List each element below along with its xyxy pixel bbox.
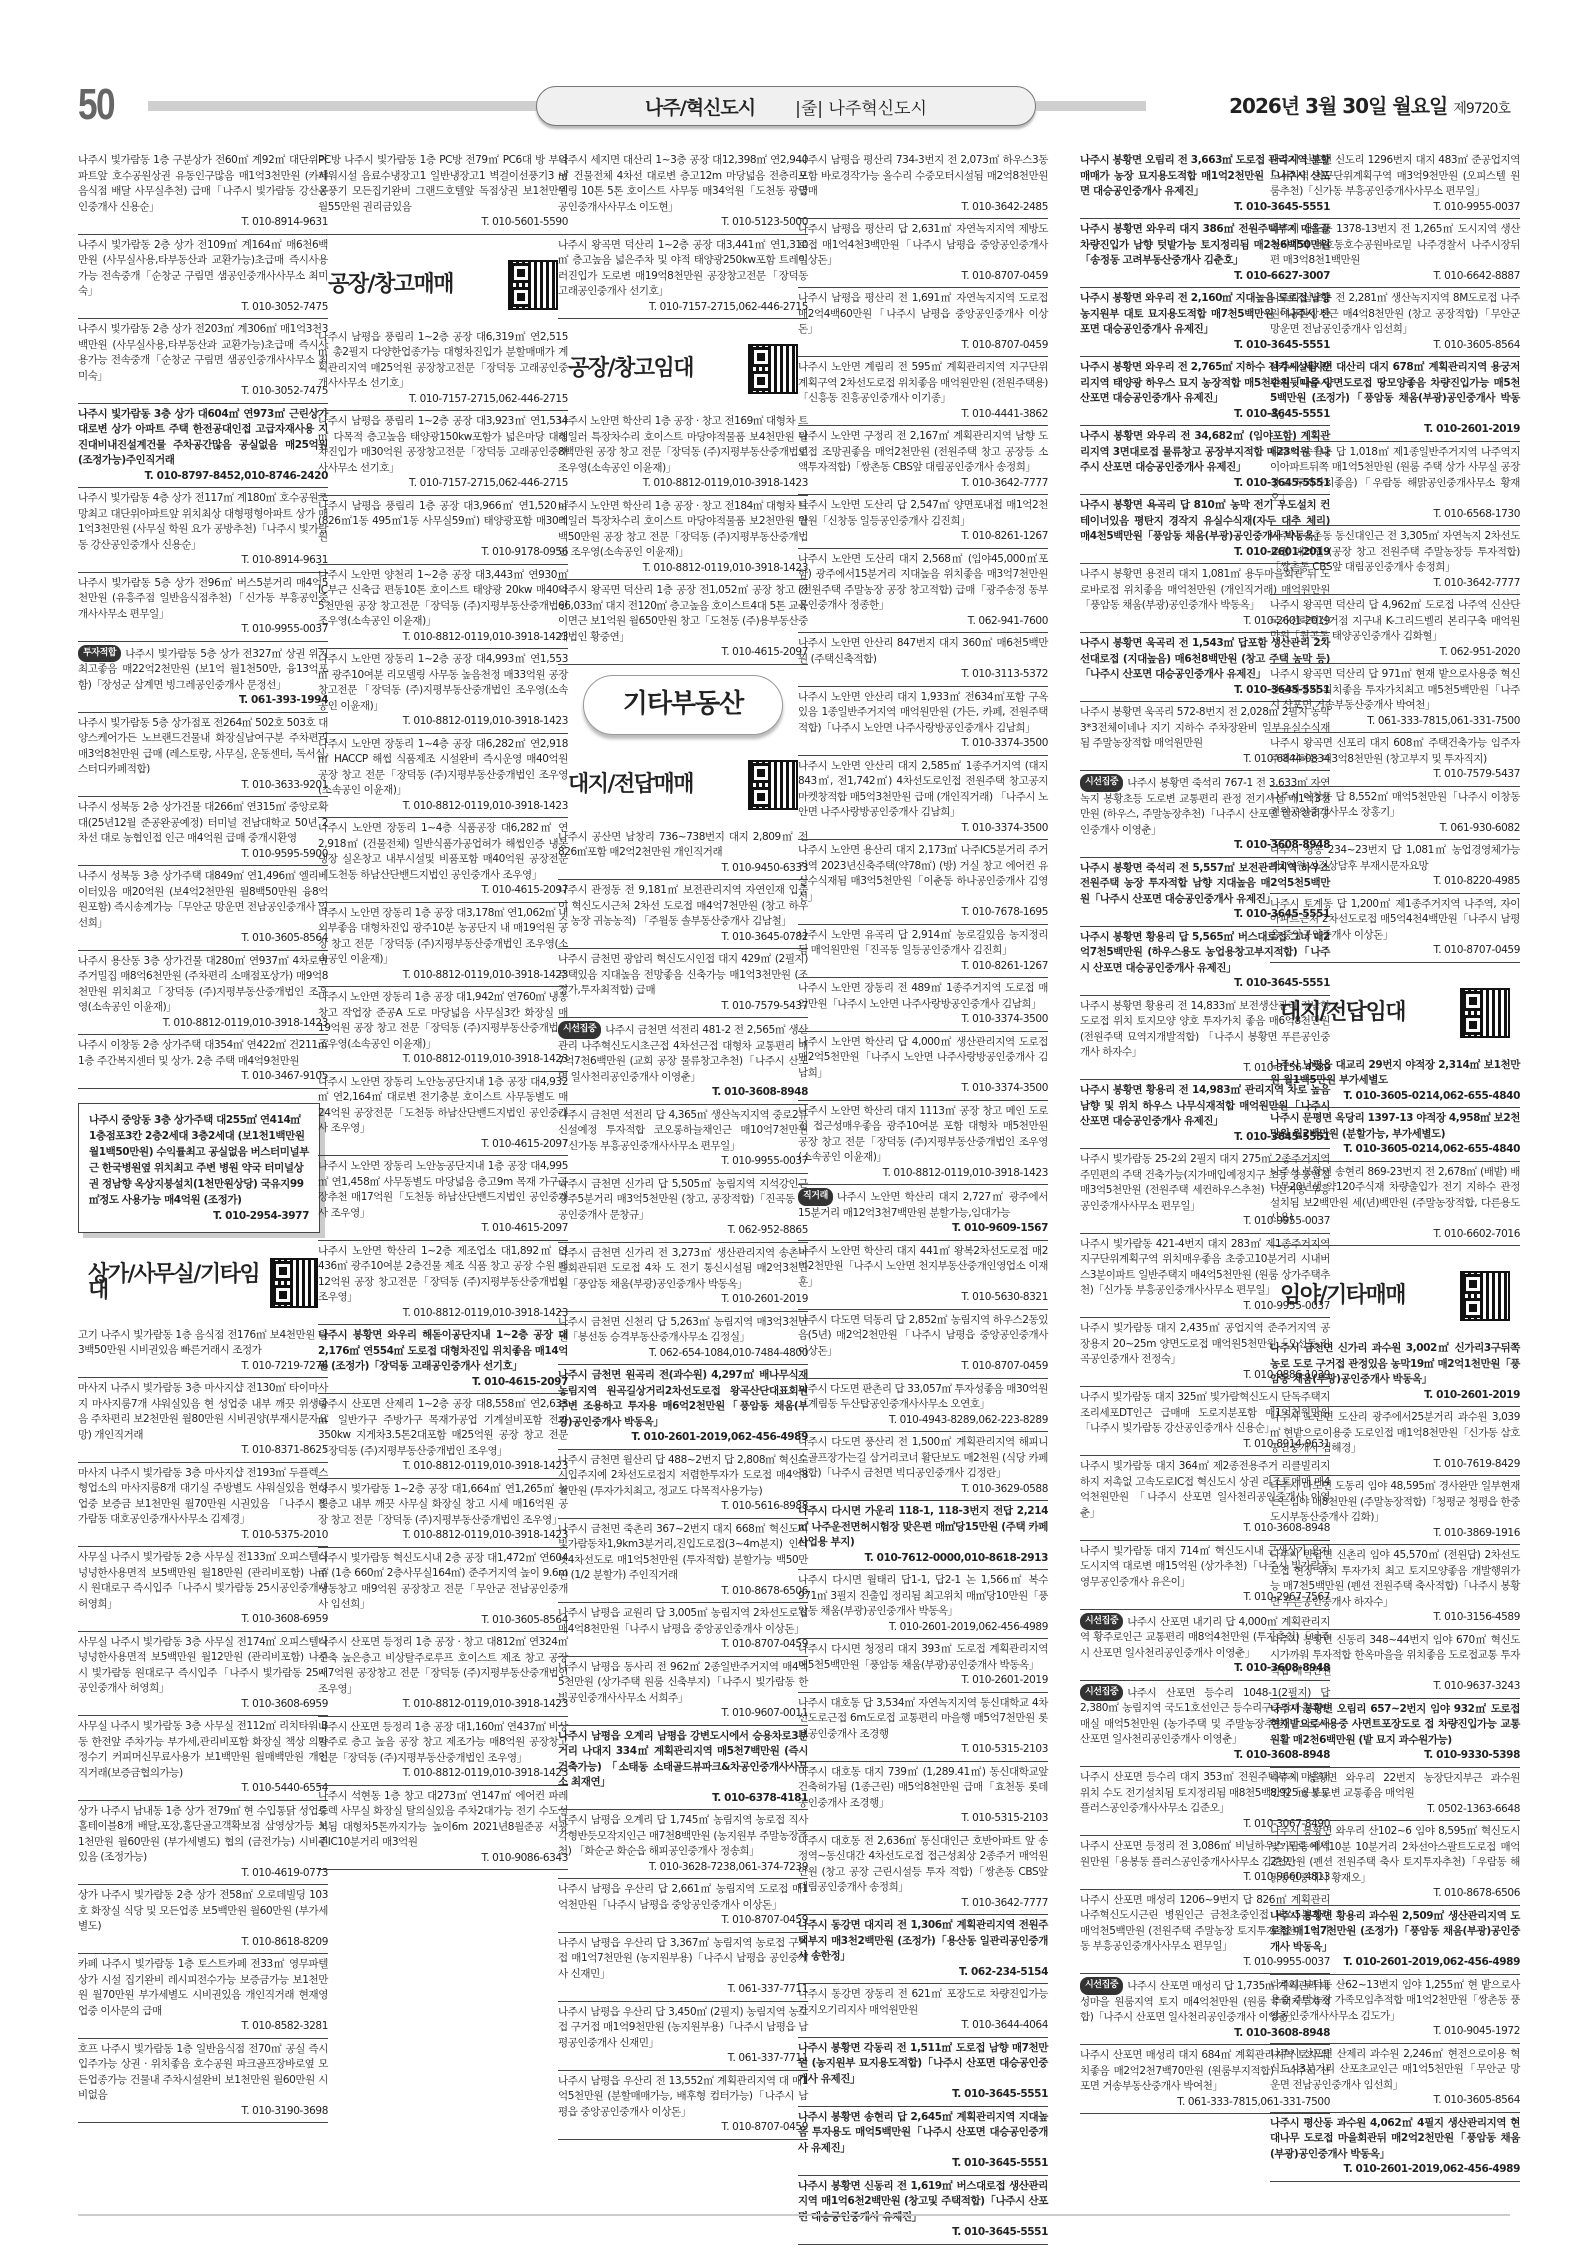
ad-text: 나주시 빛가람동 2층 상가 전203㎡ 계306㎡ 매1억3천3백만원 (사무… — [78, 323, 328, 382]
ad-text: 나주시 노안면 장동리 1~2층 공장 대4,993㎡ 연1,553㎡ 광주10… — [318, 653, 568, 712]
classified-ad: 사무실 나주시 빛가람동 3층 사무실 전174㎡ 오피스텔식 넝넝한사용면적 … — [78, 1632, 328, 1717]
classified-ad: 나주시 남평읍 평산리 답 2,631㎡ 자연녹지지역 제방도로접 매1억4천3… — [798, 219, 1048, 288]
ad-phone: T. 010-9607-0011 — [558, 1706, 808, 1722]
ad-text: 나주시 세지면 대산리 대지 678㎡ 계획관리지역 용궁저수지뒷마을 양면도로… — [1270, 361, 1520, 420]
ad-phone: T. 010-3645-5551 — [798, 2087, 1048, 2103]
qr-code-icon — [508, 260, 558, 310]
ad-phone: T. 010-5440-6554 — [78, 1781, 328, 1797]
ad-phone: T. 010-8797-8452,010-8746-2420 — [78, 469, 328, 485]
classified-ad: 나주시 이창동 2층 상가주택 대354㎡ 연422㎡ 건211㎡ 1층 주간복… — [78, 1035, 328, 1089]
classified-ad: 나주시 빛가람동 2층 상가 전109㎡ 계164㎡ 매6천6백만원 (사무실사… — [78, 235, 328, 320]
ad-text: 나주시 이창동 답 8,552㎡ 매억5천만원「나주시 이창동 전원공인중개사무… — [1270, 791, 1520, 819]
ad-text: 나주시 세지면 대산리 1~3층 공장 대12,398㎡ 연2,940㎡ 건물전… — [558, 154, 808, 213]
ad-phone: T. 010-4615-2097 — [558, 645, 808, 661]
ad-text: 나주시 봉황면 송현리 869-23번지 전 2,678㎡ (배밭) 배나무20… — [1270, 1166, 1520, 1225]
ad-badge: 시선집중 — [1080, 1613, 1123, 1631]
ad-phone: T. 010-8707-0459 — [1270, 943, 1520, 959]
classified-ad: 나주시 남평읍 평산리 734-3번지 전 2,073㎡ 하우스3동포함 바로경… — [798, 150, 1048, 219]
classified-ad: 나주시 남평읍 교원리 답 3,005㎡ 농림지역 2차선도로접 매4억8천만원… — [558, 1603, 808, 1657]
classified-ad: 나주시 봉황면 와우리 해돋이공단지내 1~2층 공장 대2,176㎡ 연554… — [318, 1325, 568, 1394]
ad-phone: T. 010-3113-5372 — [798, 667, 1048, 683]
ad-text: 나주시 남평읍 풍림리 1~2층 공장 대3,923㎡ 연1,534㎡ 다목적 … — [318, 415, 568, 474]
column-3: 나주시 세지면 대산리 1~3층 공장 대12,398㎡ 연2,940㎡ 건물전… — [558, 150, 808, 2140]
page-header: 50 나주/혁신도시 |줄| 나주혁신도시 2026년 3월 30일 월요일 제… — [78, 80, 1510, 130]
ad-text: 나주시 봉황면 황용리 과수원 2,509㎡ 생산관리지역 도로접 매1억7천만… — [1270, 1910, 1520, 1953]
classified-ad: 나주시 동강면 대지리 전 1,306㎡ 계획관리지역 전원주택부지 매3천2백… — [798, 1915, 1048, 1984]
ad-phone: T. 010-3642-7777 — [798, 476, 1048, 492]
ad-text: 나주시 빛가람동 4층 상가 전117㎡ 계180㎡ 호수공원조망최고 대단위아… — [78, 492, 328, 551]
classified-ad: 투자적합나주시 빛가람동 5층 상가 전327㎡ 상권 위치최고좋음 매22억2… — [78, 642, 328, 713]
ad-text: 나주시 남평읍 우산리 답 3,450㎡ (2필지) 농림지역 농로접 구거접 … — [558, 2006, 808, 2049]
ad-phone: T. 010-3645-0782 — [558, 930, 808, 946]
ad-phone: T. 010-3629-0588 — [798, 1482, 1048, 1498]
classified-ad: 나주시 노안면 도산리 광주에서25분거리 과수원 3,039㎡ 현밭으로이용중… — [1270, 1407, 1520, 1476]
classified-ad: 나주시 남평읍 대교리 29번지 야적장 2,314㎡ 보1천만원 월1백5만원… — [1270, 1055, 1520, 1109]
classified-ad: 나주시 문평면 옥당리 1397-13 야적장 4,958㎡ 보2천만원 월2백… — [1270, 1108, 1520, 1162]
ad-phone: T. 010-8371-8625 — [78, 1443, 328, 1459]
ad-phone: T. 010-9330-5398 — [1270, 1748, 1520, 1764]
ad-phone: T. 010-8812-0119,010-3918-1423 — [318, 1306, 568, 1322]
classified-ad: 나주시 남평읍 오계리 답 1,745㎡ 농림지역 농로접 직사각형반듯모작지인… — [558, 1810, 808, 1879]
section-header: 상가/사무실/기타임대 — [78, 1251, 328, 1315]
classified-ad: 나주시 노안면 장동리 1~4층 식품공장 대6,282㎡ 연2,918㎡ (건… — [318, 818, 568, 903]
ad-phone: T. 010-3156-4589 — [1270, 1610, 1520, 1626]
classified-ad: 나주시 산포면 신도리 1296번지 대지 483㎡ 준공업지역 도시지역 지구… — [1270, 150, 1520, 219]
classified-ad: 나주시 다도면 덕동리 답 2,852㎡ 농림지역 하우스2동있음(5년) 매2… — [798, 1310, 1048, 1379]
ad-text: 나주시 왕곡면 덕산리 답 971㎡ 현재 밭으로사용중 혁신산단예정지 위치좋… — [1270, 668, 1520, 711]
ad-text: 나주시 산포면 산제리 과수원 2,246㎡ 현전으로이용 혁식도시3분거리 산… — [1270, 2048, 1520, 2091]
ad-text: 나주시 산포면 산제리 1~2층 공장 대8,558㎡ 연2,633㎡ 일반가구… — [318, 1398, 568, 1457]
ad-text: 나주시 노안면 학산리 대지 1113㎡ 공장 창고 메인 도로접 접근성매우좋… — [798, 1105, 1048, 1164]
ad-text: 나주시 빛가람동 5층 상가 전96㎡ 버스5분거리 매4억5천만원 (유흥주점… — [78, 577, 328, 620]
classified-ad: 나주시 노안면 장동리 1~2층 공장 대4,993㎡ 연1,553㎡ 광주10… — [318, 649, 568, 734]
classified-ad: 나주시 노안면 안산리 대지 1,933㎡ 전634㎡포함 구옥있음 1종일반주… — [798, 687, 1048, 756]
classified-ad: 나주시 다도면 도동리 임야 48,595㎡ 경사완만 일부현재는는임야 매8천… — [1270, 1476, 1520, 1545]
ad-phone: T. 010-8707-0459 — [558, 2120, 808, 2136]
ad-text: 나주시 봉황면 와우리 22번지 농장단지부근 과수원 8,925㎡ 토로변 교… — [1270, 1772, 1520, 1800]
classified-ad: 나주시 금천면 신가리 전 3,273㎡ 생산관리지역 송촌마을회관뒤편 도로접… — [558, 1243, 808, 1312]
classified-ad: 나주시 반남면 신촌리 임야 45,570㎡ (전원답) 2차선도로접 현장 위… — [1270, 1545, 1520, 1630]
ad-phone: T. 010-8707-0459 — [558, 1637, 808, 1653]
classified-ad: 나주시 봉황면 오림리 657~2번지 임야 932㎡ 도로접 현재밭으로사용중… — [1270, 1699, 1520, 1768]
classified-ad: 나주시 남평읍 평산리 전 1,691㎡ 자연녹지지역 도로접 매2억4백60만… — [798, 288, 1048, 357]
classified-ad: 나주시 노안면 장동리 노안농공단지내 1층 공장 대4,932㎡ 연2,164… — [318, 1072, 568, 1157]
classified-ad: 나주시 남평읍 오계리 남평읍 강변도시에서 승용차로3분거리 나대지 334㎡… — [558, 1726, 808, 1811]
ad-phone: T. 010-8812-0119,010-3918-1423 — [318, 1766, 568, 1782]
classified-ad: 상가 나주시 빛가람동 2층 상가 전58㎡ 오로데빌딩 103호 화장실 식당… — [78, 1885, 328, 1954]
section-header-title: 대지/전답임대 — [1280, 1005, 1405, 1021]
ad-text: 나주시 노안면 장동리 노안농공단지내 1층 공장 대4,995㎡ 연1,458… — [318, 1160, 568, 1219]
classified-ad: 나주시 봉황면 와우리 산102~6 임야 8,595㎡ 혁신도시 빛가람동에서… — [1270, 1821, 1520, 1906]
ad-text: 나주시 남평읍 평산리 전 1,691㎡ 자연녹지지역 도로접 매2억4백60만… — [798, 292, 1048, 335]
ad-phone: T. 010-3628-7238,061-374-7239 — [558, 1860, 808, 1876]
ad-phone: T. 010-6602-7016 — [1270, 1227, 1520, 1243]
ad-text: 나주시 빛가람동 3층 상가 대604㎡ 연973㎡ 근린상가 대로변 상가 아… — [78, 408, 328, 467]
ad-text: 호프 나주시 빛가람동 1층 일반음식점 전70㎡ 공실 즉시입주가능 상권 ·… — [78, 2043, 328, 2102]
ad-text: 나주시 대호동 대지 739㎡ (1,289.41㎡) 동신대학교앞 건축허가됨… — [798, 1766, 1048, 1809]
ad-text: 나주시 빛가람동 2층 상가 전109㎡ 계164㎡ 매6천6백만원 (사무실사… — [78, 239, 328, 298]
ad-phone: T. 010-8582-3281 — [78, 2019, 328, 2035]
ad-text: 나주시 봉황면 신동리 348~44번지 임야 670㎡ 혁신도시가까워 투자적… — [1270, 1634, 1520, 1677]
classified-ad: 나주시 노안면 학산리 1~2층 제조업소 대1,892㎡ 연436㎡ 광주10… — [318, 1241, 568, 1326]
classified-ad: 나주시 다시면 청정리 대지 393㎡ 도로접 계획관리지역 매5천5백만원「풍… — [798, 1639, 1048, 1693]
classified-ad: 마사지 나주시 빛가람동 3층 마사지샵 전193㎡ 두플렉스형업소의 마사지룸… — [78, 1463, 328, 1548]
ad-phone: T. 010-4615-2097 — [318, 1221, 568, 1237]
classified-ad: 나주시 삼도동 전 2,281㎡ 생산녹지지역 8M도로접 나주원예공판장부근 … — [1270, 288, 1520, 357]
ad-badge: 시선집중 — [1080, 774, 1123, 792]
classified-ad: 나주시 노안면 용산리 대지 2,173㎡ 나주IC5분거리 주거지역 2023… — [798, 840, 1048, 925]
ad-text: 나주시 노안면 학산리 1~2층 제조업소 대1,892㎡ 연436㎡ 광주10… — [318, 1245, 568, 1304]
ad-phone: T. 010-8812-0119,010-3918-1423 — [318, 968, 568, 984]
ad-text: 나주시 남평읍 교원리 답 3,005㎡ 농림지역 2차선도로접 매4억8천만원… — [558, 1607, 808, 1635]
ad-text: PC방 나주시 빛가람동 1층 PC방 전79㎡ PC6대 방 부엌 샤워시설 … — [318, 154, 568, 213]
ad-phone: T. 010-8812-0119,010-3918-1423 — [318, 799, 568, 815]
ad-phone: T. 062-654-1084,010-7484-4800 — [558, 1346, 808, 1362]
ad-text: 나주시 노안면 학산리 대지 441㎡ 왕복2차선도로접 매2억2천만원「나주시… — [798, 1245, 1048, 1288]
ad-phone: T. 010-9955-0037 — [558, 1154, 808, 1170]
ad-text: 나주시 노안면 도산리 광주에서25분거리 과수원 3,039㎡ 현밭으로이용중… — [1270, 1411, 1520, 1454]
ad-phone: T. 010-3605-0214,062-655-4840 — [1270, 1142, 1520, 1158]
classified-ad: 나주시 부덕동 산62~13번지 임야 1,255㎡ 현 밭으로사용중 주말농장… — [1270, 1975, 1520, 2044]
classified-ad: 나주시 대호동 전 2,636㎡ 동신대인근 호반아파트 앞 송정역~동신대간 … — [798, 1831, 1048, 1916]
ad-text: 나주시 노안면 장동리 1~4층 공장 대6,282㎡ 연2,918㎡ HACC… — [318, 738, 568, 797]
ad-text: 마사지 나주시 빛가람동 3층 마사지샵 전193㎡ 두플렉스형업소의 마사지룸… — [78, 1467, 328, 1526]
section-header: 대지/전답임대 — [1270, 981, 1520, 1045]
ad-phone: T. 010-3190-3698 — [78, 2104, 328, 2120]
classified-ad: 나주시 노안면 장동리 1층 공장 대1,942㎡ 연760㎡ 냉동창고 작업장… — [318, 987, 568, 1072]
classified-ad: 나주시 산포면 산제리 1~2층 공장 대8,558㎡ 연2,633㎡ 일반가구… — [318, 1394, 568, 1479]
qr-code-icon — [1460, 988, 1510, 1038]
page-number: 50 — [78, 80, 114, 130]
section-header-title: 공장/창고임대 — [568, 361, 693, 377]
classified-ad: 나주시 빛가람동 1~2층 공장 대1,664㎡ 연1,265㎡ 높은층고 내부… — [318, 1479, 568, 1548]
ad-phone: T. 010-8812-0119,010-3918-1423 — [318, 1052, 568, 1068]
ad-text: 나주시 노안면 장동리 전 489㎡ 1종주거지역 도로접 매억만원「나주시 노… — [798, 982, 1048, 1010]
section-subtitle: |줄| 나주혁신도시 — [795, 94, 927, 119]
classified-ad: 나주시 노안면 도산리 답 2,547㎡ 양면포내접 매1억2천만원「신창동 일… — [798, 495, 1048, 549]
ad-text: 나주시 금천면 신가리 답 5,505㎡ 농림지역 지석강인근 광주5분거리 매… — [558, 1178, 808, 1221]
column-1: 나주시 빛가람동 1층 구분상가 전60㎡ 계92㎡ 대단위아파트앞 호수공원상… — [78, 150, 328, 2123]
classified-ad: 나주시 빛가람동 3층 상가 대604㎡ 연973㎡ 근린상가 대로변 상가 아… — [78, 404, 328, 489]
ad-text: 나주시 금천면 신천리 답 5,263㎡ 농림지역 매3억3천만원「봉선동 승격… — [558, 1316, 808, 1344]
classified-ad: 나주시 토계동 답 1,200㎡ 제1종주거지역 나주역, 자이아파트근처 2차… — [1270, 894, 1520, 963]
qr-code-icon — [748, 344, 798, 394]
ad-text: 나주시 노안면 구정리 전 2,167㎡ 계획관리지역 남향 도로접 조망권좋음… — [798, 430, 1048, 473]
ad-phone: T. 010-9450-6333 — [558, 861, 808, 877]
ad-phone: T. 010-7219-7276 — [78, 1359, 328, 1375]
ad-text: 나주시 빛가람동 혁신도시내 2층 공장 대1,472㎡ 연604㎡ (1층 6… — [318, 1552, 568, 1611]
section-header-title: 상가/사무실/기타임대 — [88, 1267, 270, 1298]
ad-phone: T. 010-8812-0119,010-3918-1423 — [318, 1697, 568, 1713]
ad-phone: T. 010-3642-7777 — [1270, 576, 1520, 592]
ad-text: 나주시 금천면 죽촌리 367~2번지 대지 668㎡ 혁신도시빛가람동차1,9… — [558, 1523, 808, 1582]
section-header-title: 임야/기타매매 — [1280, 1288, 1405, 1304]
classified-ad: 나주시 산포면 산제리 과수원 2,246㎡ 현전으로이용 혁식도시3분거리 산… — [1270, 2044, 1520, 2113]
ad-phone: T. 010-7678-1695 — [798, 905, 1048, 921]
header-rule-left — [148, 101, 538, 111]
classified-ad: 나주시 삼도동 1378-13번지 전 1,265㎡ 도시지역 생산녹지지역 대… — [1270, 219, 1520, 288]
ad-phone: T. 010-2601-2019,062-456-4989 — [1270, 2162, 1520, 2178]
ad-phone: T. 010-4615-2097 — [318, 883, 568, 899]
ad-text: 고기 나주시 빛가람동 1층 음식점 전176㎡ 보4천만원 월3백50만원 시… — [78, 1329, 328, 1357]
ad-phone: T. 010-8812-0119,010-3918-1423 — [318, 714, 568, 730]
classified-ad: 나주시 봉황면 신동리 전 1,619㎡ 버스대로접 생산관리지역 매1억6천2… — [798, 2176, 1048, 2245]
ad-phone: T. 010-3374-3500 — [798, 1081, 1048, 1097]
ad-phone: T. 010-3052-7475 — [78, 300, 328, 316]
ad-text: 나주시 다도면 덕동리 답 2,852㎡ 농림지역 하우스2동있음(5년) 매2… — [798, 1314, 1048, 1357]
classified-ad: 나주시 남평읍 동사리 전 962㎡ 2종일반주거지역 매4억5천만원 (상가주… — [558, 1657, 808, 1726]
ad-text: 나주시 남평읍 우산리 답 3,367㎡ 농림지역 농로접 구거접 매1억7천만… — [558, 1937, 808, 1980]
ad-text: 나주시 남평읍 풍림리 1층 공장 대3,966㎡ 연1,520㎡ (826㎡1… — [318, 500, 568, 543]
ad-phone: T. 010-7157-2715,062-446-2715 — [318, 392, 568, 408]
footer-rule — [78, 2214, 1510, 2216]
section-header-title: 대지/전답매매 — [568, 777, 693, 793]
ad-phone: T. 010-2601-2019 — [558, 1292, 808, 1308]
ad-text: 나주시 봉황면 신동리 전 1,619㎡ 버스대로접 생산관리지역 매1억6천2… — [798, 2180, 1048, 2223]
classified-ad: 호프 나주시 빛가람동 1층 일반음식점 전70㎡ 공실 즉시입주가능 상권 ·… — [78, 2039, 328, 2124]
ad-text: 나주시 금천면 광암리 혁신도시인접 대지 429㎡ (2필지) 주택있음 지대… — [558, 953, 808, 996]
ad-phone: T. 010-8261-1267 — [798, 529, 1048, 545]
ad-phone: T. 010-8707-0459 — [798, 1359, 1048, 1375]
ad-text: 나주시 빛가람동 1~2층 공장 대1,664㎡ 연1,265㎡ 높은층고 내부… — [318, 1483, 568, 1526]
ad-phone: T. 010-8707-0459 — [558, 1913, 808, 1929]
classified-ad: 나주시 왕곡면 덕산리 답 971㎡ 현재 밭으로사용중 혁신산단예정지 위치좋… — [1270, 664, 1520, 733]
classified-ad: 나주시 다도면 판촌리 답 33,057㎡ 투자성좋음 매30억원「계림동 두산… — [798, 1379, 1048, 1433]
ad-text: 나주시 동강면 장동리 전 621㎡ 포장도로 차량진입가능 가지오기리지사 매… — [798, 1988, 1048, 2016]
ad-text: 나주시 노안면 학산리 답 4,000㎡ 생산관리지역 도로접 매2억5천만원「… — [798, 1036, 1048, 1079]
ad-text: 나주시 금천면 석전리 답 4,365㎡ 생산녹지지역 중로2류신설예정 투자적… — [558, 1109, 808, 1152]
classified-ad: 나주시 노안면 안산리 847번지 대지 360㎡ 매6천5백만원 (주택신축적… — [798, 633, 1048, 687]
ad-phone: T. 010-8220-4985 — [1270, 874, 1520, 890]
classified-ad: 나주시 남평읍 풍림리 1층 공장 대3,966㎡ 연1,520㎡ (826㎡1… — [318, 496, 568, 565]
issue-number: 제9720호 — [1453, 101, 1510, 117]
ad-text: 나주시 성북동 2층 상가건물 대266㎡ 연315㎡ 중앙로확대(25년12월… — [78, 801, 328, 844]
ad-phone: T. 010-3467-9105 — [78, 1069, 328, 1085]
classified-ad: 나주시 노안면 안산리 대지 2,585㎡ 1종주거지역 (대지843㎡, 전1… — [798, 756, 1048, 841]
classified-ad: 나주시 용산동 3층 상가건물 대280㎡ 연937㎡ 4차로변 주거밀집 매8… — [78, 951, 328, 1036]
ad-badge: 투자적합 — [78, 645, 121, 663]
ad-text: 사무실 나주시 빛가람동 3층 사무실 전112㎡ 리치타워 B동 한전앞 주차… — [78, 1720, 328, 1779]
ad-text: 나주시 노안면 장동리 1~4층 식품공장 대6,282㎡ 연2,918㎡ (건… — [318, 822, 568, 881]
ad-phone: T. 010-8707-0459 — [798, 338, 1048, 354]
ad-text: 나주시 반남면 신촌리 임야 45,570㎡ (전원답) 2차선도로접 현장 위… — [1270, 1549, 1520, 1608]
ad-text: 나주시 산포면 신도리 1296번지 대지 483㎡ 준공업지역 도시지역 지구… — [1270, 154, 1520, 197]
classified-ad: 나주시 왕곡면 신포리 대지 608㎡ 주택건축가능 임주자주택지하는 매3억8… — [1270, 733, 1520, 787]
ad-phone: T. 010-8707-0459 — [798, 269, 1048, 285]
classified-ad: 나주시 빛가람동 2층 상가 전203㎡ 계306㎡ 매1억3천3백만원 (사무… — [78, 319, 328, 404]
ad-text: 나주시 다도면 풍산리 전 1,500㎡ 계획관리지역 해피니스골프장가는길 삼… — [798, 1436, 1048, 1479]
ad-phone: T. 010-7612-0000,010-8618-2913 — [798, 1551, 1048, 1567]
ad-text: 나주시 중앙동 3층 상가주택 대255㎡ 연414㎡ 1층점포3칸 2층2세대… — [89, 1114, 309, 1206]
ad-phone: T. 010-3605-0214,062-655-4840 — [1270, 1089, 1520, 1105]
ad-phone: T. 010-8812-0119,010-3918-1423 — [318, 1459, 568, 1475]
ad-phone: T. 010-4615-2097 — [318, 1137, 568, 1153]
classified-ad: 나주시 빛가람동 5층 상가점포 전264㎡ 502호 503호 대양스케어가든… — [78, 713, 328, 798]
classified-ad: 시선집중나주시 금천면 석전리 481-2 전 2,565㎡ 생산관리 나주혁신… — [558, 1018, 808, 1105]
ad-phone: T. 010-8618-8209 — [78, 1935, 328, 1951]
ad-text: 나주시 다시면 청정리 대지 393㎡ 도로접 계획관리지역 매5천5백만원「풍… — [798, 1643, 1048, 1671]
ad-text: 나주시 남평읍 평산리 734-3번지 전 2,073㎡ 하우스3동포함 바로경… — [798, 154, 1048, 197]
ad-phone: T. 010-8812-0119,010-3918-1423 — [318, 630, 568, 646]
ad-text: 나주시 다도면 판촌리 답 33,057㎡ 투자성좋음 매30억원「계림동 두산… — [798, 1383, 1048, 1411]
ad-text: 나주시 동강면 대지리 전 1,306㎡ 계획관리지역 전원주택부지 매3천2백… — [798, 1919, 1048, 1962]
classified-ad: 나주시 송월동 답 1,018㎡ 제1종일반주거지역 나주역지이아파트뒤쪽 매1… — [1270, 442, 1520, 527]
ad-phone: T. 061-337-7711 — [558, 1982, 808, 1998]
ad-text: 나주시 왕곡면 덕산리 1층 공장 전1,052㎡ 공장 창고 전66,033㎡… — [558, 584, 808, 643]
ad-phone: T. 010-3605-8564 — [78, 931, 328, 947]
section-title: 나주/혁신도시 — [645, 93, 755, 120]
ad-phone: T. 062-952-8865 — [558, 1223, 808, 1239]
ad-phone: T. 010-5601-5590 — [318, 215, 568, 231]
classified-ad: 나주시 봉황면 신동리 348~44번지 임야 670㎡ 혁신도시가까워 투자적… — [1270, 1630, 1520, 1699]
classified-ad: 나주시 왕곡면 덕산리 답 4,962㎡ 도로접 나주역 신산단 국가전략혁신거… — [1270, 595, 1520, 664]
classified-ad: 나주시 노안면 학산리 1층 공장 · 창고 전169㎡ 대형차 트레일러 특장… — [558, 411, 808, 496]
classified-ad: 나주시 빛가람동 4층 상가 전117㎡ 계180㎡ 호수공원조망최고 대단위아… — [78, 488, 328, 573]
ad-phone: T. 010-8812-0119,010-3918-1423 — [78, 1016, 328, 1032]
ad-text: 나주시 관정동 전 9,181㎡ 보전관리지역 자연인재 입출이 혁신도시근처 … — [558, 884, 808, 927]
section-pill: 나주/혁신도시 |줄| 나주혁신도시 — [536, 86, 1036, 126]
ad-text: 나주시 왕곡면 신포리 대지 608㎡ 주택건축가능 임주자주택지하는 매3억8… — [1270, 737, 1520, 765]
ad-phone: T. 010-9595-5900 — [78, 847, 328, 863]
classified-ad: 나주시 동강면 장동리 전 621㎡ 포장도로 차량진입가능 가지오기리지사 매… — [798, 1984, 1048, 2038]
classified-ad: 나주시 성북동 2층 상가건물 대266㎡ 연315㎡ 중앙로확대(25년12월… — [78, 797, 328, 866]
classified-ad: 나주시 금천면 월산리 답 488~2번지 답 2,808㎡ 혁신도시입주지예 … — [558, 1450, 808, 1519]
section-header: 공장/창고임대 — [558, 337, 808, 401]
ad-text: 나주시 봉황면 각동리 전 1,511㎡ 도로접 남향 매7천만원 (농지원부 … — [798, 2042, 1048, 2085]
classified-ad: 나주시 평산동 과수원 4,062㎡ 4필지 생산관리지역 현 대나무 도로접 … — [1270, 2113, 1520, 2182]
ad-phone: T. 010-3374-3500 — [798, 821, 1048, 837]
classified-ad: 나주시 빛가람동 5층 상가 전96㎡ 버스5분거리 매4억5천만원 (유흥주점… — [78, 573, 328, 642]
classified-ad: 나주시 노안면 장동리 1층 공장 대3,178㎡ 연1,062㎡ 내외부좋음 … — [318, 903, 568, 988]
ad-text: 나주시 다시면 가운리 118-1, 118-3번지 전답 2,214㎡ 나주운… — [798, 1505, 1048, 1548]
ad-text: 나주시 평산동 과수원 4,062㎡ 4필지 생산관리지역 현 대나무 도로접 … — [1270, 2117, 1520, 2160]
ad-phone: T. 010-8812-0119,010-3918-1423 — [558, 561, 808, 577]
classified-ad: 나주시 봉황면 송현리 답 2,645㎡ 계획관리지역 지대높음 투자용도 매억… — [798, 2107, 1048, 2176]
ad-text: 나주시 봉황면 오림리 657~2번지 임야 932㎡ 도로접 현재밭으로사용중… — [1270, 1703, 1520, 1746]
section-header: 대지/전답매매 — [558, 753, 808, 817]
classified-ad: 나주시 다도면 풍산리 전 1,500㎡ 계획관리지역 해피니스골프장가는길 삼… — [798, 1432, 1048, 1501]
column-6: 나주시 산포면 신도리 1296번지 대지 483㎡ 준공업지역 도시지역 지구… — [1270, 150, 1520, 2182]
ad-text: 나주시 다도면 도동리 임야 48,595㎡ 경사완만 일부현재는는임야 매8천… — [1270, 1480, 1520, 1523]
ad-text: 나주시 다시면 월태리 답1-1, 답2-1 논 1,566㎡ 복수 971㎡ … — [798, 1574, 1048, 1617]
section-header: 임야/기타매매 — [1270, 1264, 1520, 1328]
classified-ad: 나주시 노안면 양천리 1~2층 공장 대3,443㎡ 연930㎡ IC부근 신… — [318, 565, 568, 650]
classified-ad: 나주시 청동 234~23번지 답 1,081㎡ 농업경영체가능 매1억원 시정… — [1270, 840, 1520, 894]
classified-ad: 나주시 노안면 구정리 전 2,167㎡ 계획관리지역 남향 도로접 조망권좋음… — [798, 426, 1048, 495]
ad-phone: T. 010-3374-3500 — [798, 1012, 1048, 1028]
classified-ad: 나주시 대호동 답 3,534㎡ 자연녹지지역 동신대학교 4차선도로근접 6m… — [798, 1693, 1048, 1762]
ad-text: 나주시 노안면 양천리 1~2층 공장 대3,443㎡ 연930㎡ IC부근 신… — [318, 569, 568, 628]
ad-phone: T. 010-2601-2019,062-456-4989 — [558, 1430, 808, 1446]
ad-phone: T. 010-8812-0119,010-3918-1423 — [798, 1166, 1048, 1182]
classified-ad: PC방 나주시 빛가람동 1층 PC방 전79㎡ PC6대 방 부엌 샤워시설 … — [318, 150, 568, 235]
ad-phone: T. 061-393-1994 — [78, 693, 328, 709]
classified-ad: 나주시 노안면 학산리 대지 1113㎡ 공장 창고 메인 도로접 접근성매우좋… — [798, 1101, 1048, 1186]
ad-text: 나주시 남평읍 대교리 29번지 야적장 2,314㎡ 보1천만원 월1백5만원… — [1270, 1059, 1520, 1087]
classified-ad: 나주시 세지면 대산리 대지 678㎡ 계획관리지역 용궁저수지뒷마을 양면도로… — [1270, 357, 1520, 442]
column-2: PC방 나주시 빛가람동 1층 PC방 전79㎡ PC6대 방 부엌 샤워시설 … — [318, 150, 568, 1870]
ad-phone: T. 010-8678-6506 — [558, 1584, 808, 1600]
column-4: 나주시 남평읍 평산리 734-3번지 전 2,073㎡ 하우스3동포함 바로경… — [798, 150, 1048, 2245]
ad-phone: T. 010-2601-2019,062-456-4989 — [798, 1620, 1048, 1636]
ad-phone: T. 010-6378-4181 — [558, 1791, 808, 1807]
ad-phone: T. 062-941-7600 — [798, 614, 1048, 630]
ad-text: 나주시 석현동 1층 창고 대273㎡ 연147㎡ 에어컨 파레트렉 사무실 화… — [318, 1790, 568, 1849]
classified-ad: 나주시 성북동 3층 상가주택 대849㎡ 연1,496㎡ 엘리베이터있음 매2… — [78, 866, 328, 951]
classified-ad: 나주시 금천면 신가리 답 5,505㎡ 농림지역 지석강인근 광주5분거리 매… — [558, 1174, 808, 1243]
classified-ad: 나주시 남평읍 풍림리 1~2층 공장 대6,319㎡ 연2,515㎡ 총2필지… — [318, 327, 568, 412]
classified-ad: 나주시 관정동 전 9,181㎡ 보전관리지역 자연인재 입출이 혁신도시근처 … — [558, 880, 808, 949]
ad-phone: T. 010-4943-8289,062-223-8289 — [798, 1413, 1048, 1429]
ad-text: 나주시 송촌동 동신대인근 전 3,305㎡ 자연녹지 2차선도로접 매억원 (… — [1270, 530, 1520, 573]
ad-text: 나주시 노안면 도산리 답 2,547㎡ 양면포내접 매1억2천만원「신창동 일… — [798, 499, 1048, 527]
ad-text: 나주시 노안면 안산리 대지 2,585㎡ 1종주거지역 (대지843㎡, 전1… — [798, 760, 1048, 819]
ad-phone: T. 062-234-5154 — [798, 1965, 1048, 1981]
ad-phone: T. 010-9637-3243 — [1270, 1679, 1520, 1695]
classified-ad: 나주시 이창동 답 8,552㎡ 매억5천만원「나주시 이창동 전원공인중개사무… — [1270, 787, 1520, 841]
ad-phone: T. 010-9609-1567 — [798, 1221, 1048, 1237]
classified-ad: 나주시 금천면 죽촌리 367~2번지 대지 668㎡ 혁신도시빛가람동차1,9… — [558, 1519, 808, 1604]
classified-ad: 나주시 다시면 가운리 118-1, 118-3번지 전답 2,214㎡ 나주운… — [798, 1501, 1048, 1570]
ad-badge: 시선집중 — [558, 1021, 601, 1039]
ad-text: 나주시 왕곡면 덕산리 1~2층 공장 대3,441㎡ 연1,310㎡ 층고높음… — [558, 239, 808, 298]
ad-phone: T. 010-9955-0037 — [78, 622, 328, 638]
ad-text: 나주시 남평읍 오계리 남평읍 강변도시에서 승용차로3분거리 나대지 334㎡… — [558, 1730, 808, 1789]
ad-text: 나주시 청동 234~23번지 답 1,081㎡ 농업경영체가능 매1억원 시정… — [1270, 844, 1520, 872]
ad-phone: T. 010-9955-0037 — [1270, 200, 1520, 216]
ad-text: 나주시 산포면 등정리 1층 공장 대1,160㎡ 연437㎡ 비상탈주로 층고… — [318, 1721, 568, 1764]
ad-phone: T. 010-3608-6959 — [78, 1697, 328, 1713]
ad-text: 나주시 봉황면 와우리 해돋이공단지내 1~2층 공장 대2,176㎡ 연554… — [318, 1329, 568, 1372]
ad-phone: T. 010-2601-2019 — [798, 1673, 1048, 1689]
classified-ad: 나주시 금천면 신가리 과수원 3,002㎡ 신가리3구뒤쪽 농로 도로 구거접… — [1270, 1338, 1520, 1407]
classified-ad: 나주시 공산면 남창리 736~738번지 대지 2,809㎡ 전826㎡포함 … — [558, 827, 808, 881]
ad-phone: T. 010-7619-8429 — [1270, 1457, 1520, 1473]
ad-phone: T. 010-3605-8564 — [1270, 2093, 1520, 2109]
ad-badge: 시선집중 — [1080, 1977, 1123, 1995]
classified-ad: 나주시 송촌동 동신대인근 전 3,305㎡ 자연녹지 2차선도로접 매억원 (… — [1270, 526, 1520, 595]
ad-phone: T. 010-3645-5551 — [798, 2225, 1048, 2241]
classified-ad: 나주시 대호동 대지 739㎡ (1,289.41㎡) 동신대학교앞 건축허가됨… — [798, 1762, 1048, 1831]
ad-text: 나주시 빛가람동 1층 구분상가 전60㎡ 계92㎡ 대단위아파트앞 호수공원상… — [78, 154, 328, 213]
issue-date: 2026년 3월 30일 월요일 제9720호 — [1229, 90, 1510, 119]
ad-phone: T. 010-8812-0119,010-3918-1423 — [318, 1528, 568, 1544]
ad-phone: T. 010-3633-9201 — [78, 778, 328, 794]
classified-ad: 나주시 금천면 광암리 혁신도시인접 대지 429㎡ (2필지) 주택있음 지대… — [558, 949, 808, 1018]
ad-phone: T. 010-2954-3977 — [89, 1208, 309, 1224]
ad-phone: T. 010-3605-8564 — [318, 1613, 568, 1629]
ad-phone: T. 010-3869-1916 — [1270, 1526, 1520, 1542]
ad-text: 나주시 토계동 답 1,200㎡ 제1종주거지역 나주역, 자이아파트근처 2차… — [1270, 898, 1520, 941]
ad-phone: T. 010-4619-0773 — [78, 1866, 328, 1882]
ad-text: 나주시 용산동 3층 상가건물 대280㎡ 연937㎡ 4차로변 주거밀집 매8… — [78, 955, 328, 1014]
classified-ad: 나주시 노안면 장동리 1~4층 공장 대6,282㎡ 연2,918㎡ HACC… — [318, 734, 568, 819]
ad-phone: T. 010-4615-2097 — [318, 1375, 568, 1391]
ad-phone: T. 010-8812-0119,010-3918-1423 — [558, 476, 808, 492]
ad-text: 나주시 봉황면 와우리 산102~6 임야 8,595㎡ 혁신도시 빛가람동에서… — [1270, 1825, 1520, 1884]
ad-text: 나주시 노안면 안산리 대지 1,933㎡ 전634㎡포함 구옥있음 1종일반주… — [798, 691, 1048, 734]
ad-text: 나주시 노안면 안산리 847번지 대지 360㎡ 매6천5백만원 (주택신축적… — [798, 637, 1048, 665]
ad-phone: T. 010-5630-8321 — [798, 1290, 1048, 1306]
classified-ad: 나주시 봉황면 와우리 22번지 농장단지부근 과수원 8,925㎡ 토로변 교… — [1270, 1768, 1520, 1822]
classified-ad: 나주시 남평읍 우산리 답 2,661㎡ 농림지역 도로접 매1억천만원「나주시… — [558, 1879, 808, 1933]
qr-code-icon — [748, 760, 798, 810]
ad-phone: T. 010-5616-8988 — [558, 1499, 808, 1515]
ad-phone: T. 061-930-6082 — [1270, 821, 1520, 837]
ad-text: 나주시 삼도동 1378-13번지 전 1,265㎡ 도시지역 생산녹지지역 대… — [1270, 223, 1520, 266]
ad-phone: T. 010-9045-1972 — [1270, 2024, 1520, 2040]
ad-text: 나주시 금천면 월산리 답 488~2번지 답 2,808㎡ 혁신도시입주지예 … — [558, 1454, 808, 1497]
